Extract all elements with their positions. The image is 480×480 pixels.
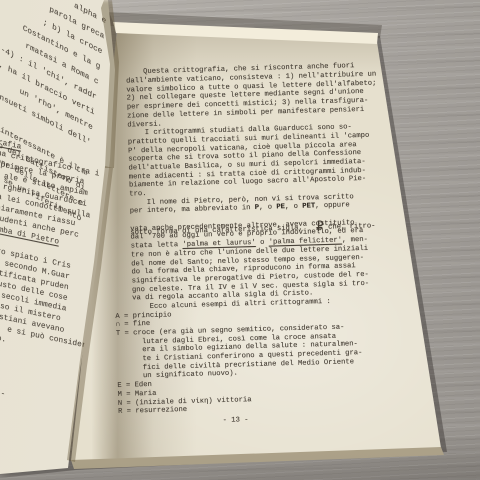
page-number: - 13 -: [109, 412, 409, 429]
right-page-text: Questa crittografia, che si riscontra an…: [108, 44, 418, 417]
page-number-row: - 13 -: [108, 392, 409, 447]
